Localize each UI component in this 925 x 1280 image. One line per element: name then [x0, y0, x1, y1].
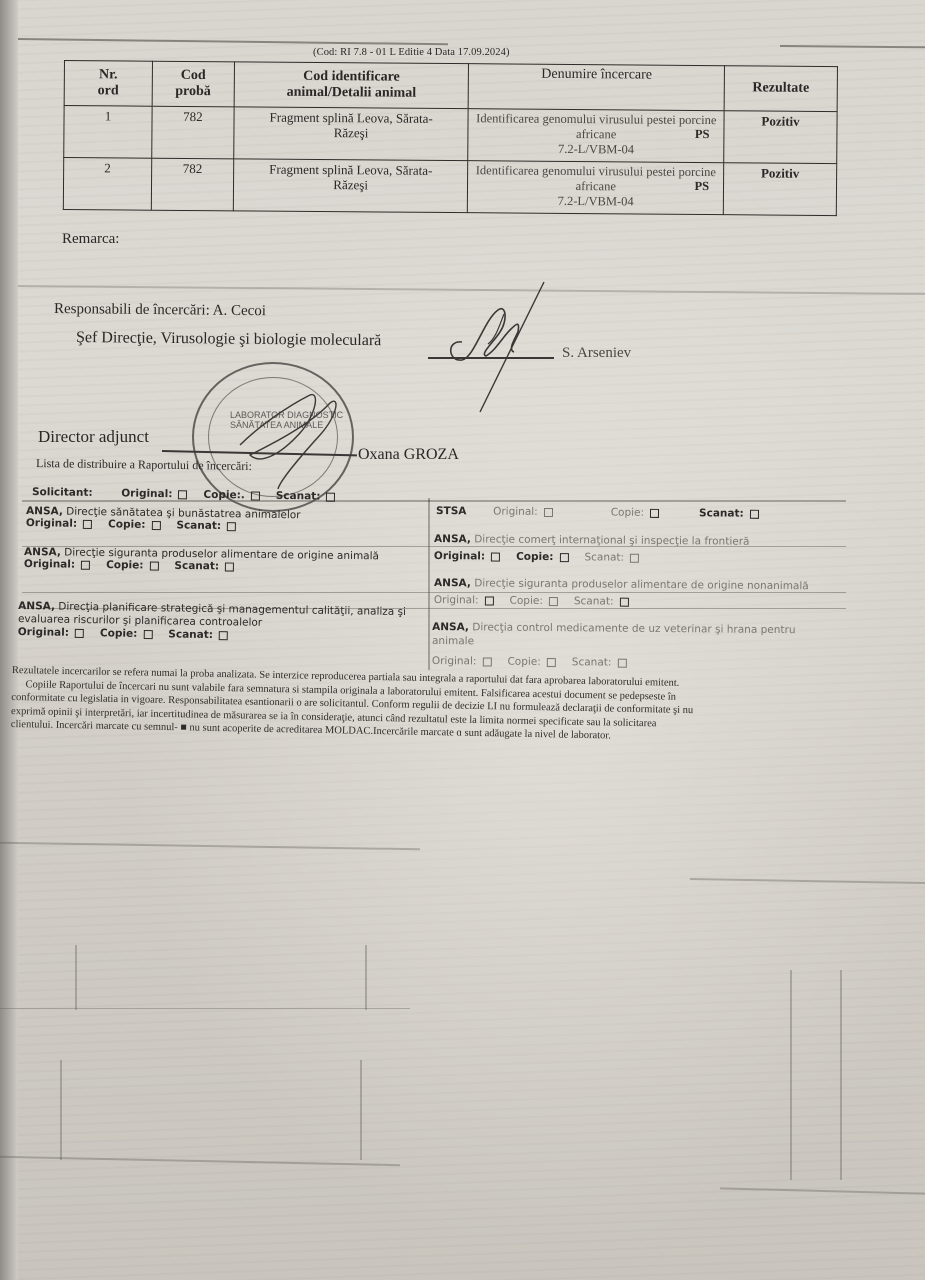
dist-org: ANSA, [26, 505, 63, 518]
scanned-checkbox[interactable] [617, 658, 626, 667]
dist-ansa-sanatate: ANSA, Direcţie sănătatea şi bunăstatrea … [26, 505, 301, 533]
cell-animal: Fragment splină Leova, Sărata-Răzeşi [234, 107, 469, 161]
scanned-checkbox[interactable] [227, 522, 236, 531]
dist-dept-cont: animale [432, 635, 474, 647]
original-label: Original: [24, 558, 75, 571]
results-header-row: Nr.ord Codprobă Cod identificareanimal/D… [64, 61, 837, 112]
scanned-checkbox[interactable] [326, 492, 335, 501]
responsible-line: Responsabili de încercări: A. Cecoi [54, 301, 266, 320]
dist-divider [428, 500, 846, 502]
original-checkbox[interactable] [81, 560, 90, 569]
distribution-title: Lista de distribuire a Raportului de înc… [36, 456, 252, 474]
copy-label: Copie: [507, 656, 540, 668]
original-checkbox[interactable] [178, 490, 187, 499]
copy-label: Copie: [108, 518, 146, 531]
header-nr: Nr.ord [64, 61, 152, 107]
dist-ansa-siguranta-animala: ANSA, Direcţie siguranta produselor alim… [24, 546, 379, 574]
original-checkbox[interactable] [482, 657, 491, 666]
cell-test: Identificarea genomului virusului pestei… [468, 109, 724, 163]
scanned-checkbox[interactable] [619, 597, 628, 606]
dist-org: STSA [436, 505, 467, 517]
original-checkbox[interactable] [491, 552, 500, 561]
bleed-through-line [365, 945, 367, 1010]
scanned-label: Scanat: [572, 656, 612, 668]
head-title: Şef Direcţie, Virusologie şi biologie mo… [76, 329, 381, 350]
copy-label: Copie: [516, 551, 553, 563]
dist-org: ANSA, [18, 600, 55, 613]
dist-org: ANSA, [24, 546, 61, 558]
stamp-signature-icon [220, 385, 360, 495]
table-row: 2 782 Fragment splină Leova, Sărata-Răze… [63, 158, 836, 216]
dist-dept: Direcţie comerţ internaţional şi inspecţ… [474, 533, 749, 547]
bleed-through-line [75, 945, 77, 1010]
copy-checkbox[interactable] [143, 629, 152, 638]
test-name: Identificarea genomului virusului pestei… [476, 163, 716, 193]
copy-checkbox[interactable] [251, 491, 260, 500]
original-checkbox[interactable] [485, 596, 494, 605]
scanned-checkbox[interactable] [225, 562, 234, 571]
scanned-checkbox[interactable] [630, 553, 639, 562]
page-edge-shadow [0, 0, 18, 1280]
header-cod: Codprobă [152, 61, 234, 107]
copy-label: Copie: [509, 595, 542, 607]
dist-column-divider [428, 498, 430, 670]
scanned-label: Scanat: [276, 490, 321, 503]
scanned-label: Scanat: [574, 595, 614, 607]
scanned-label: Scanat: [168, 628, 213, 641]
header-result: Rezultate [724, 66, 837, 112]
original-checkbox[interactable] [83, 519, 92, 528]
dist-org: ANSA, [432, 621, 469, 633]
copy-label: Copie: [611, 507, 644, 519]
results-table: Nr.ord Codprobă Cod identificareanimal/D… [63, 60, 838, 216]
copy-label: Copie: [100, 627, 138, 640]
cell-test: Identificarea genomului virusului pestei… [468, 161, 724, 215]
original-label: Original: [434, 550, 485, 562]
scanned-checkbox[interactable] [219, 631, 228, 640]
form-code: (Cod: RI 7.8 - 01 L Editie 4 Data 17.09.… [313, 47, 510, 58]
cell-result: Pozitiv [724, 111, 837, 164]
dist-ansa-siguranta-nonanimala: ANSA, Direcţie siguranta produselor alim… [434, 575, 809, 612]
original-label: Original: [121, 487, 172, 500]
scanned-label: Scanat: [174, 560, 219, 573]
original-label: Original: [434, 594, 479, 606]
method-id: 7.2-L/VBM-04 [558, 142, 634, 157]
scanned-checkbox[interactable] [750, 509, 759, 518]
header-ident: Cod identificareanimal/Detalii animal [234, 62, 469, 109]
bleed-through-line [60, 1060, 62, 1160]
original-label: Original: [18, 626, 69, 639]
original-label: Original: [26, 517, 77, 530]
director-title: Director adjunct [38, 427, 149, 447]
copy-label: Copie: [106, 559, 144, 571]
cell-cod: 782 [152, 106, 234, 159]
bleed-through-line [0, 1008, 410, 1009]
bleed-through-line [790, 970, 792, 1180]
test-name: Identificarea genomului virusului pestei… [476, 111, 716, 141]
scanned-label: Scanat: [699, 507, 744, 519]
dist-dept: Direcţia control medicamente de uz veter… [472, 621, 795, 636]
dist-ansa-comert: ANSA, Direcţie comerţ internaţional şi i… [434, 531, 750, 568]
remarca-label: Remarca: [62, 231, 119, 248]
cell-animal: Fragment splină Leova, Sărata-Răzeşi [233, 159, 468, 213]
cell-cod: 782 [151, 158, 233, 211]
copy-checkbox[interactable] [549, 597, 558, 606]
method-code: PS [694, 179, 709, 194]
original-checkbox[interactable] [544, 507, 553, 516]
head-name: S. Arseniev [562, 345, 631, 362]
cell-nr: 2 [63, 158, 151, 211]
dist-dept: Direcţie siguranta produselor alimentare… [474, 577, 809, 592]
dist-ansa-medicamente: ANSA, Direcţia control medicamente de uz… [432, 620, 796, 671]
copy-checkbox[interactable] [149, 561, 158, 570]
copy-checkbox[interactable] [151, 520, 160, 529]
header-test: Denumire încercare [469, 64, 725, 111]
original-label: Original: [493, 505, 538, 517]
scanned-label: Scanat: [176, 519, 221, 532]
copy-label: Copie:. [203, 489, 245, 502]
table-row: 1 782 Fragment splină Leova, Sărata-Răze… [64, 106, 837, 164]
method-code: PS [695, 127, 710, 142]
scanned-label: Scanat: [584, 551, 624, 563]
copy-checkbox[interactable] [547, 658, 556, 667]
cell-result: Pozitiv [723, 163, 836, 216]
bleed-through-line [360, 1060, 362, 1160]
bleed-through-line [840, 970, 842, 1180]
director-name: Oxana GROZA [358, 446, 459, 464]
original-label: Original: [432, 655, 477, 667]
copy-checkbox[interactable] [650, 508, 659, 517]
cell-nr: 1 [64, 106, 152, 159]
dist-org: ANSA, [434, 533, 471, 545]
method-id: 7.2-L/VBM-04 [558, 194, 634, 209]
dist-org: Solicitant: [32, 486, 93, 499]
signature-icon [440, 280, 560, 415]
dist-org: ANSA, [434, 577, 471, 589]
original-checkbox[interactable] [75, 628, 84, 637]
dist-ansa-planificare: ANSA, Direcţia planificare strategică şi… [18, 600, 406, 645]
copy-checkbox[interactable] [559, 553, 568, 562]
